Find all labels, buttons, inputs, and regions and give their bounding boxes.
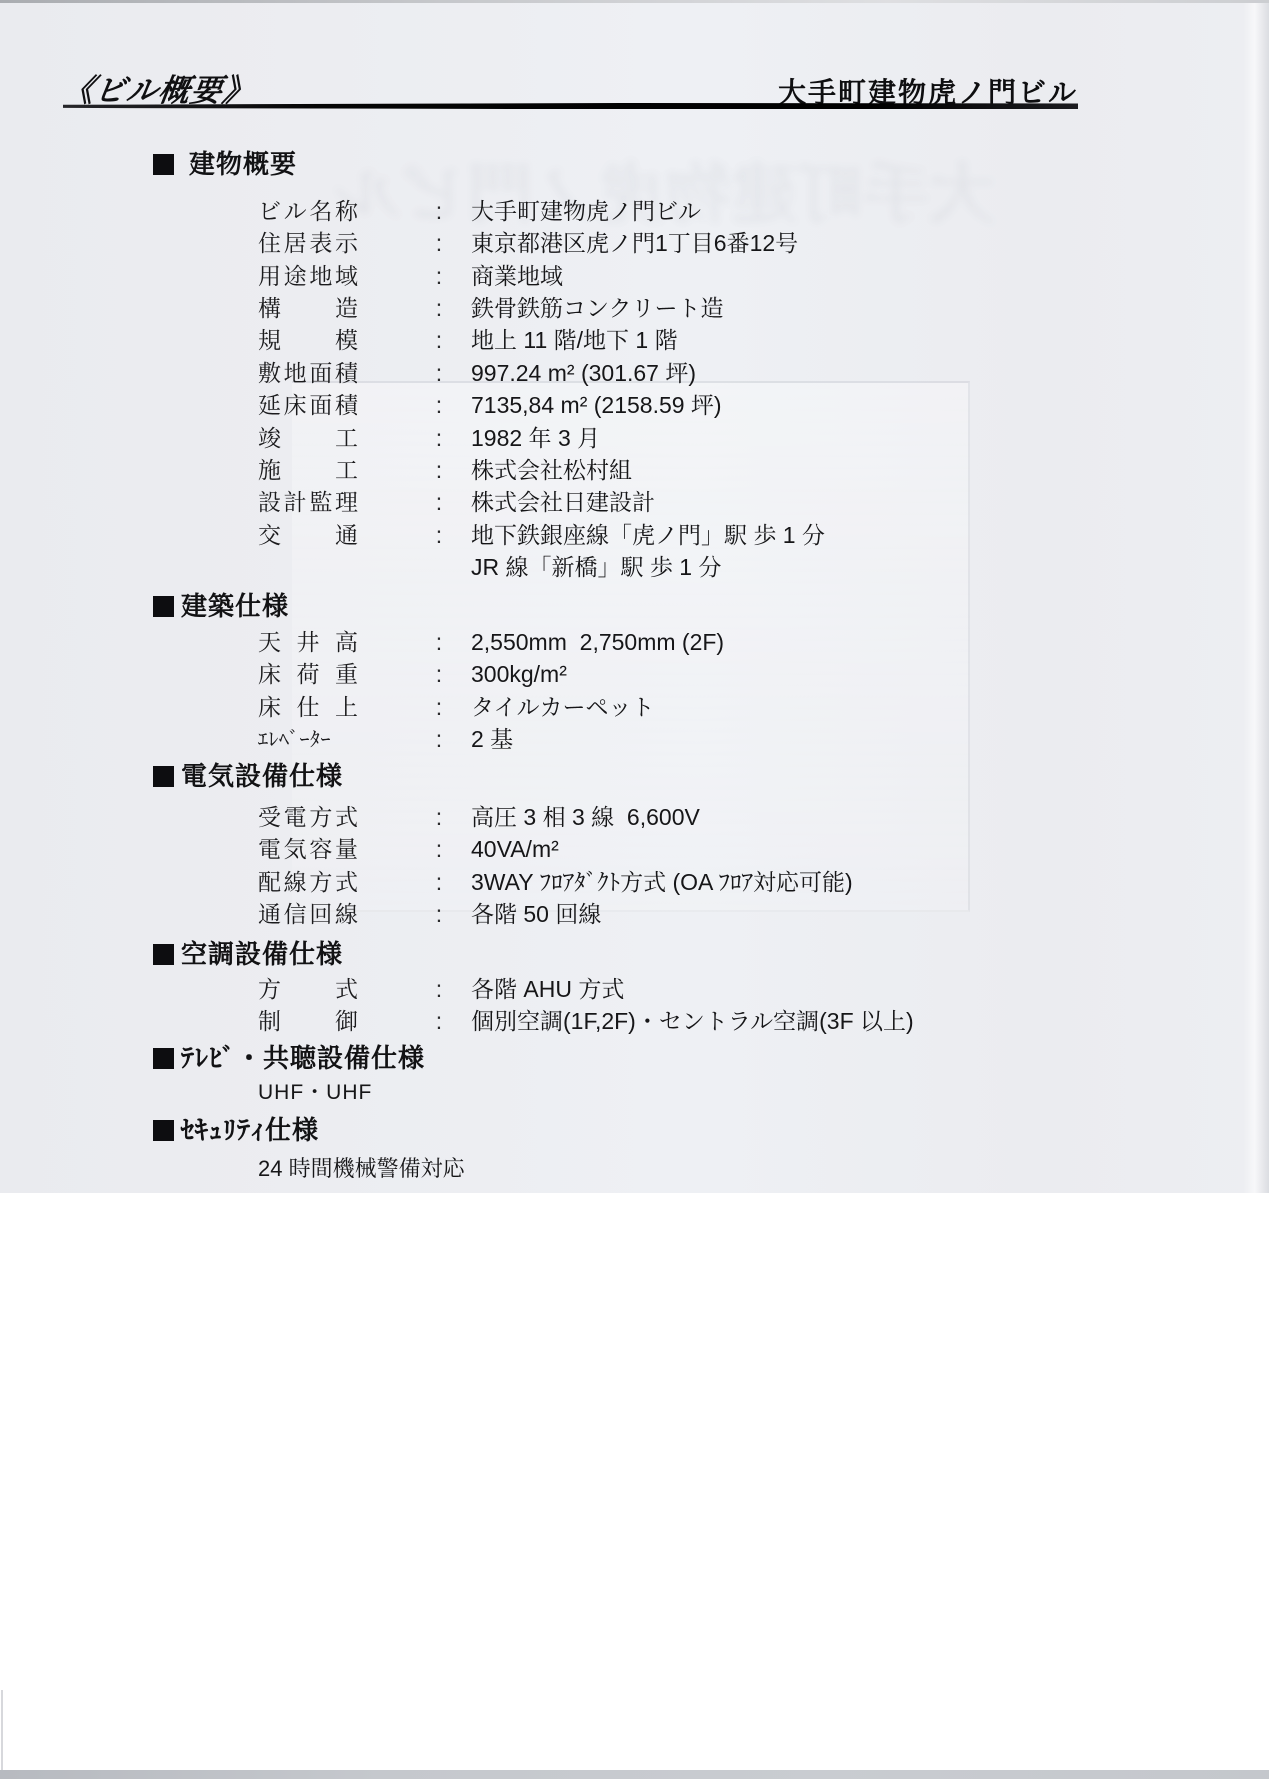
spec-value: 2 基 — [471, 724, 513, 754]
spec-label: 配線方式 — [258, 867, 358, 897]
spec-row: 床荷重 : 300kg/m² — [0, 659, 1269, 690]
spec-value: 7135,84 m² (2158.59 坪) — [471, 390, 722, 420]
spec-row: 延床面積 : 7135,84 m² (2158.59 坪) — [0, 390, 1269, 421]
section-title-text: 建築仕様 — [181, 591, 289, 621]
section-title-text: 電気設備仕様 — [181, 761, 343, 791]
spec-label: 方式 — [258, 974, 358, 1004]
spec-colon: : — [431, 390, 447, 420]
spec-value: 株式会社松村組 — [471, 455, 632, 485]
spec-label: 規模 — [258, 325, 358, 355]
spec-row: 配線方式 : 3WAY ﾌﾛｱﾀﾞｸﾄ方式 (OA ﾌﾛｱ対応可能) — [0, 867, 1269, 898]
spec-value: 商業地域 — [471, 261, 563, 291]
spec-value: 高圧 3 相 3 線 6,600V — [471, 802, 700, 832]
scanned-document-page: 大手町建物虎ノ門ビル 《ビル概要》 大手町建物虎ノ門ビル 建物概要 ビル名称 :… — [0, 0, 1269, 1779]
spec-value: 鉄骨鉄筋コンクリート造 — [471, 293, 724, 323]
spec-colon: : — [431, 899, 447, 929]
spec-row: 規模 : 地上 11 階/地下 1 階 — [0, 325, 1269, 356]
spec-colon: : — [431, 325, 447, 355]
spec-colon: : — [431, 692, 447, 722]
spec-value: 地上 11 階/地下 1 階 — [471, 325, 678, 355]
section-title-hvac: 空調設備仕様 — [153, 939, 343, 969]
spec-label: 受電方式 — [258, 802, 358, 832]
spec-colon: : — [431, 261, 447, 291]
spec-colon: : — [431, 659, 447, 689]
section-bullet-icon — [153, 944, 174, 965]
spec-colon: : — [431, 293, 447, 323]
spec-value: 東京都港区虎ノ門1丁目6番12号 — [471, 228, 798, 258]
spec-label: 敷地面積 — [258, 358, 358, 388]
spec-label: 竣工 — [258, 423, 358, 453]
spec-colon: : — [431, 802, 447, 832]
spec-colon: : — [431, 455, 447, 485]
spec-colon: : — [431, 867, 447, 897]
spec-label: 住居表示 — [258, 228, 358, 258]
spec-colon: : — [431, 487, 447, 517]
spec-label: ｴﾚﾍﾞｰﾀｰ — [258, 724, 358, 756]
page-title: 《ビル概要》 — [60, 65, 258, 110]
transit-second-line: JR 線「新橋」駅 歩 1 分 — [471, 552, 721, 582]
spec-colon: : — [431, 358, 447, 388]
spec-value: 40VA/m² — [471, 834, 559, 864]
spec-colon: : — [431, 1006, 447, 1036]
spec-row: 施工 : 株式会社松村組 — [0, 455, 1269, 486]
section-note-tv: UHF・UHF — [258, 1079, 372, 1107]
section-bullet-icon — [153, 1120, 174, 1141]
spec-row: 交通 : 地下鉄銀座線「虎ノ門」駅 歩 1 分 — [0, 520, 1269, 551]
spec-label: ビル名称 — [258, 196, 358, 226]
spec-colon: : — [431, 974, 447, 1004]
spec-label: 交通 — [258, 520, 358, 550]
spec-label: 床仕上 — [258, 692, 358, 722]
spec-label: 制御 — [258, 1006, 358, 1036]
spec-value: 個別空調(1F,2F)・セントラル空調(3F 以上) — [471, 1006, 914, 1036]
section-bullet-icon — [153, 1048, 174, 1069]
spec-colon: : — [431, 627, 447, 657]
spec-row: 制御 : 個別空調(1F,2F)・セントラル空調(3F 以上) — [0, 1006, 1269, 1037]
spec-value: 株式会社日建設計 — [471, 487, 655, 517]
scan-area: 大手町建物虎ノ門ビル 《ビル概要》 大手町建物虎ノ門ビル 建物概要 ビル名称 :… — [0, 3, 1269, 1193]
spec-row: 設計監理 : 株式会社日建設計 — [0, 487, 1269, 518]
spec-label: 設計監理 — [258, 487, 358, 517]
spec-colon: : — [431, 423, 447, 453]
section-title-electrical: 電気設備仕様 — [153, 761, 343, 791]
spec-row: 敷地面積 : 997.24 m² (301.67 坪) — [0, 358, 1269, 389]
spec-row: 竣工 : 1982 年 3 月 — [0, 423, 1269, 454]
spec-row: ビル名称 : 大手町建物虎ノ門ビル — [0, 196, 1269, 227]
section-title-architecture: 建築仕様 — [153, 591, 289, 621]
spec-value: 997.24 m² (301.67 坪) — [471, 358, 696, 388]
spec-value: 3WAY ﾌﾛｱﾀﾞｸﾄ方式 (OA ﾌﾛｱ対応可能) — [471, 867, 853, 897]
spec-label: 用途地域 — [258, 261, 358, 291]
section-title-security: ｾｷｭﾘﾃｨ仕様 — [153, 1115, 319, 1145]
spec-row: 電気容量 : 40VA/m² — [0, 834, 1269, 865]
section-title-text: 建物概要 — [189, 149, 297, 179]
spec-row: 受電方式 : 高圧 3 相 3 線 6,600V — [0, 802, 1269, 833]
spec-label: 床荷重 — [258, 659, 358, 689]
spec-row: 用途地域 : 商業地域 — [0, 261, 1269, 292]
spec-row: 通信回線 : 各階 50 回線 — [0, 899, 1269, 930]
spec-colon: : — [431, 724, 447, 754]
section-note-security: 24 時間機械警備対応 — [258, 1155, 465, 1183]
spec-value: 各階 AHU 方式 — [471, 974, 624, 1004]
section-title-outline: 建物概要 — [153, 149, 297, 179]
section-title-text: ﾃﾚﾋﾞ・共聴設備仕様 — [181, 1043, 425, 1073]
scan-left-edge — [1, 1690, 3, 1772]
spec-row: ｴﾚﾍﾞｰﾀｰ : 2 基 — [0, 724, 1269, 755]
section-title-tv: ﾃﾚﾋﾞ・共聴設備仕様 — [153, 1043, 425, 1073]
spec-colon: : — [431, 228, 447, 258]
spec-label: 施工 — [258, 455, 358, 485]
spec-row: 住居表示 : 東京都港区虎ノ門1丁目6番12号 — [0, 228, 1269, 259]
spec-row: 構造 : 鉄骨鉄筋コンクリート造 — [0, 293, 1269, 324]
spec-label: 構造 — [258, 293, 358, 323]
spec-label: 延床面積 — [258, 390, 358, 420]
spec-value: 地下鉄銀座線「虎ノ門」駅 歩 1 分 — [471, 520, 825, 550]
spec-row-continuation: JR 線「新橋」駅 歩 1 分 — [0, 552, 1269, 583]
spec-colon: : — [431, 196, 447, 226]
spec-value: 大手町建物虎ノ門ビル — [471, 196, 701, 226]
spec-colon: : — [431, 520, 447, 550]
spec-label: 通信回線 — [258, 899, 358, 929]
spec-value: 1982 年 3 月 — [471, 423, 600, 453]
section-bullet-icon — [153, 596, 174, 617]
spec-row: 床仕上 : タイルカーペット — [0, 692, 1269, 723]
spec-value: 2,550mm 2,750mm (2F) — [471, 627, 724, 657]
spec-value: 各階 50 回線 — [471, 899, 601, 929]
section-title-text: 空調設備仕様 — [181, 939, 343, 969]
spec-label: 電気容量 — [258, 834, 358, 864]
spec-label: 天井高 — [258, 627, 358, 657]
section-bullet-icon — [153, 766, 174, 787]
scanner-bottom-strip — [0, 1770, 1269, 1779]
spec-value: タイルカーペット — [471, 692, 655, 722]
section-title-text: ｾｷｭﾘﾃｨ仕様 — [181, 1115, 319, 1145]
spec-row: 天井高 : 2,550mm 2,750mm (2F) — [0, 627, 1269, 658]
spec-colon: : — [431, 834, 447, 864]
spec-value: 300kg/m² — [471, 659, 567, 689]
section-bullet-icon — [153, 154, 174, 175]
spec-row: 方式 : 各階 AHU 方式 — [0, 974, 1269, 1005]
